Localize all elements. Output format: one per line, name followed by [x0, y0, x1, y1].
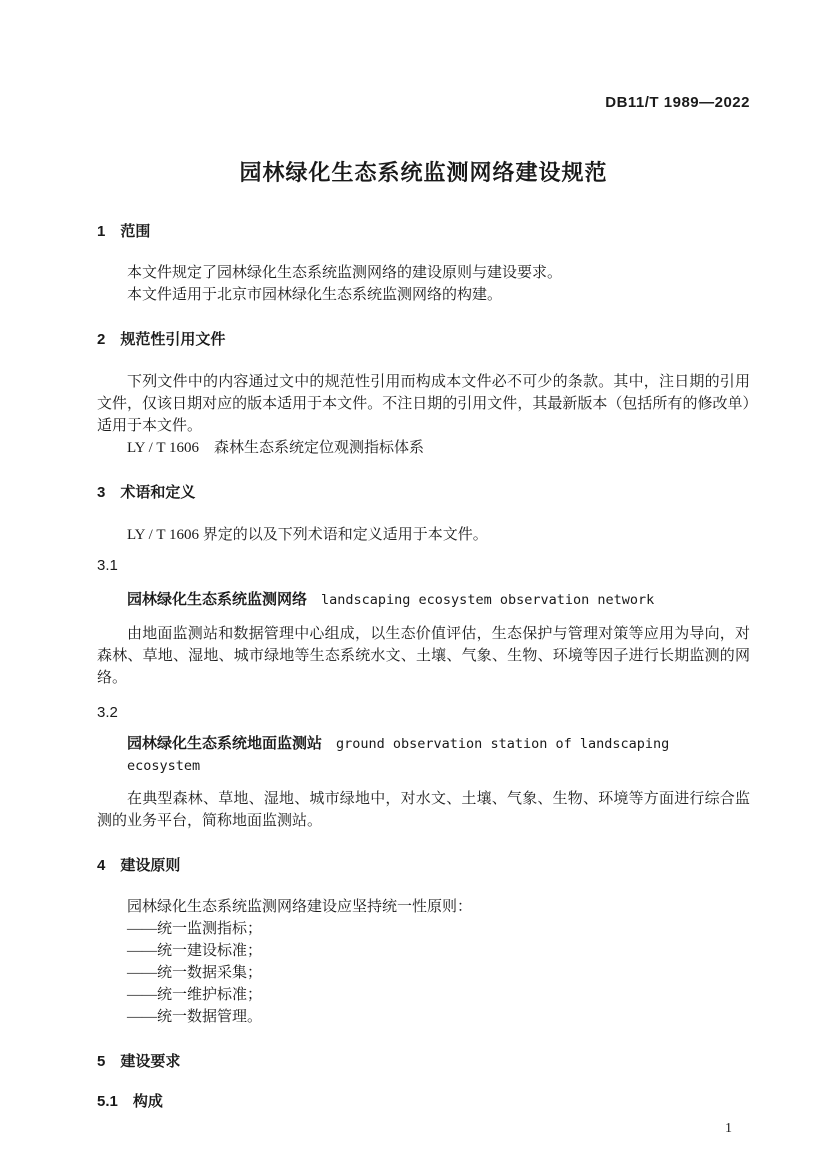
doc-code: DB11/T 1989—2022 [97, 94, 750, 112]
term-name: 园林绿化生态系统监测网络 [127, 591, 307, 608]
section-3-heading: 3 术语和定义 [97, 483, 750, 503]
list-item: ——统一监测指标； [97, 918, 750, 940]
paragraph: 下列文件中的内容通过文中的规范性引用而构成本文件必不可少的条款。其中，注日期的引… [97, 371, 750, 437]
term-number: 3.2 [97, 703, 750, 723]
term-definition: 在典型森林、草地、湿地、城市绿地中，对水文、土壤、气象、生物、环境等方面进行综合… [97, 788, 750, 832]
term-name-en: landscaping ecosystem observation networ… [321, 592, 654, 608]
section-2-heading: 2 规范性引用文件 [97, 330, 750, 350]
paragraph: 本文件规定了园林绿化生态系统监测网络的建设原则与建设要求。 [97, 262, 750, 284]
paragraph: LY / T 1606 界定的以及下列术语和定义适用于本文件。 [97, 524, 750, 546]
paragraph: 园林绿化生态系统监测网络建设应坚持统一性原则： [97, 896, 750, 918]
normative-reference: LY / T 1606 森林生态系统定位观测指标体系 [97, 437, 750, 459]
principles-list: ——统一监测指标； ——统一建设标准； ——统一数据采集； ——统一维护标准； … [97, 918, 750, 1028]
list-item: ——统一维护标准； [97, 984, 750, 1006]
term-entry: 园林绿化生态系统地面监测站ground observation station … [97, 733, 750, 777]
section-1-heading: 1 范围 [97, 222, 750, 242]
section-4-heading: 4 建设原则 [97, 856, 750, 876]
term-entry: 园林绿化生态系统监测网络landscaping ecosystem observ… [97, 589, 750, 611]
term-name: 园林绿化生态系统地面监测站 [127, 735, 322, 752]
doc-title: 园林绿化生态系统监测网络建设规范 [97, 158, 750, 188]
section-5-heading: 5 建设要求 [97, 1052, 750, 1072]
list-item: ——统一数据采集； [97, 962, 750, 984]
paragraph: 本文件适用于北京市园林绿化生态系统监测网络的构建。 [97, 284, 750, 306]
document-page: DB11/T 1989—2022 园林绿化生态系统监测网络建设规范 1 范围 本… [0, 0, 826, 1169]
list-item: ——统一建设标准； [97, 940, 750, 962]
section-1-body: 本文件规定了园林绿化生态系统监测网络的建设原则与建设要求。 本文件适用于北京市园… [97, 262, 750, 306]
list-item: ——统一数据管理。 [97, 1006, 750, 1028]
term-number: 3.1 [97, 556, 750, 576]
page-number: 1 [97, 1120, 750, 1138]
term-definition: 由地面监测站和数据管理中心组成，以生态价值评估，生态保护与管理对策等应用为导向，… [97, 623, 750, 689]
section-5-1-heading: 5.1 构成 [97, 1092, 750, 1112]
